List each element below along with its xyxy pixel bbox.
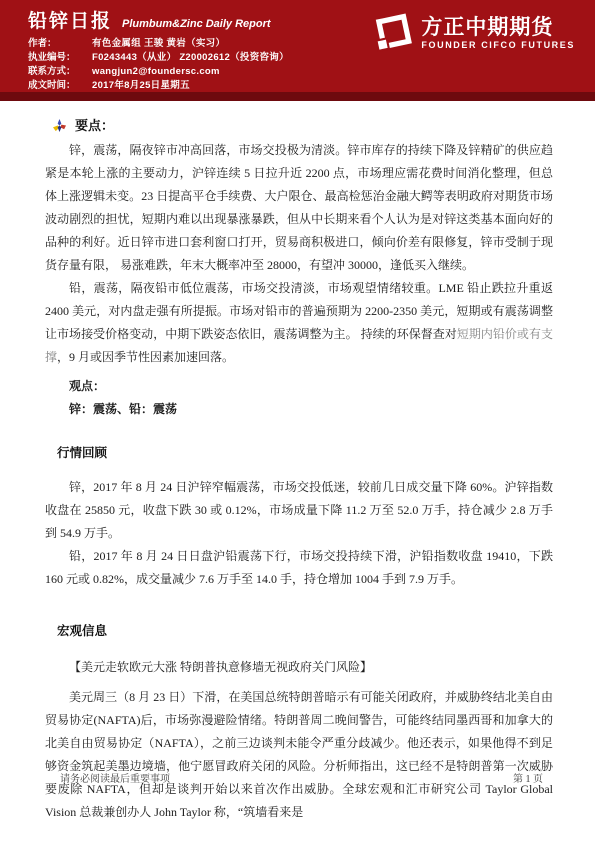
company-logo: 方正中期期货 FOUNDER CIFCO FUTURES — [371, 12, 575, 54]
date-row: 成文时间： 2017年8月25日星期五 — [28, 79, 289, 93]
report-header: 铅锌日报 Plumbum&Zinc Daily Report 作者： 有色金属组… — [0, 0, 595, 92]
page-footer: 请务必阅读最后重要事项 第 1 页 — [0, 770, 595, 785]
footer-disclaimer: 请务必阅读最后重要事项 — [60, 770, 170, 785]
contact-label: 联系方式： — [28, 65, 92, 79]
keypoints-heading-label: 要点： — [75, 114, 114, 137]
author-row: 作者： 有色金属组 王骏 黄岩（实习） — [28, 37, 289, 51]
header-title-block: 铅锌日报 Plumbum&Zinc Daily Report 作者： 有色金属组… — [28, 6, 289, 93]
date-value: 2017年8月25日星期五 — [92, 79, 190, 93]
report-title: 铅锌日报 Plumbum&Zinc Daily Report — [28, 6, 289, 33]
report-page: 铅锌日报 Plumbum&Zinc Daily Report 作者： 有色金属组… — [0, 0, 595, 842]
header-bottom-strip — [0, 92, 595, 101]
keypoints-bullet-icon — [53, 119, 66, 132]
lead-paragraph-part3: ，9 月或因季节性因素加速回落。 — [57, 350, 234, 364]
section-title-market-review: 行情回顾 — [57, 442, 553, 465]
license-label: 执业编号： — [28, 51, 92, 65]
page-number: 第 1 页 — [513, 770, 543, 785]
author-value: 有色金属组 王骏 黄岩（实习） — [92, 37, 225, 51]
date-label: 成文时间： — [28, 79, 92, 93]
keypoints-heading: 要点： — [53, 114, 553, 137]
review-zinc-paragraph: 锌，2017 年 8 月 24 日沪锌窄幅震荡，市场交投低迷，较前几日成交量下降… — [45, 476, 553, 545]
viewpoint-value: 锌：震荡、铅：震荡 — [45, 398, 553, 421]
license-value: F0243443（从业） Z20002612（投资咨询） — [92, 51, 289, 65]
license-row: 执业编号： F0243443（从业） Z20002612（投资咨询） — [28, 51, 289, 65]
macro-news-paragraph: 美元周三（8 月 23 日）下滑，在美国总统特朗普暗示有可能关闭政府，并威胁终结… — [45, 686, 553, 824]
keypoints-zinc-paragraph: 锌，震荡，隔夜锌市冲高回落，市场交投极为清淡。锌市库存的持续下降及锌精矿的供应趋… — [45, 139, 553, 277]
section-title-macro-info: 宏观信息 — [57, 620, 553, 643]
company-logo-text: 方正中期期货 FOUNDER CIFCO FUTURES — [421, 16, 575, 51]
keypoints-lead-paragraph: 铅，震荡，隔夜铅市低位震荡，市场交投清淡，市场观望情绪较重。LME 铅止跌拉升重… — [45, 277, 553, 369]
company-name-cn: 方正中期期货 — [421, 16, 575, 40]
contact-email: wangjun2@foundersc.com — [92, 65, 220, 79]
founder-logo-icon — [371, 12, 413, 54]
company-name-en: FOUNDER CIFCO FUTURES — [421, 40, 575, 51]
report-title-cn: 铅锌日报 — [28, 6, 112, 33]
contact-row: 联系方式： wangjun2@foundersc.com — [28, 65, 289, 79]
macro-news-headline: 【美元走软欧元大涨 特朗普执意修墙无视政府关门风险】 — [45, 656, 553, 679]
review-lead-paragraph: 铅，2017 年 8 月 24 日日盘沪铅震荡下行，市场交投持续下滑，沪铅指数收… — [45, 545, 553, 591]
author-label: 作者： — [28, 37, 92, 51]
viewpoint-label: 观点： — [45, 375, 553, 398]
report-title-en: Plumbum&Zinc Daily Report — [122, 18, 271, 30]
report-body: 要点： 锌，震荡，隔夜锌市冲高回落，市场交投极为清淡。锌市库存的持续下降及锌精矿… — [0, 101, 595, 824]
